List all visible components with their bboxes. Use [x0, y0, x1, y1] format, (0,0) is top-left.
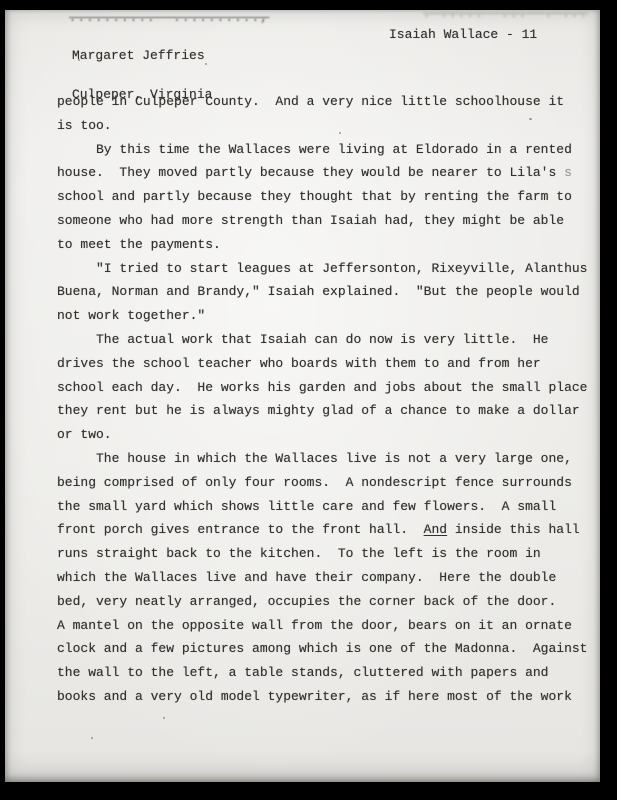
scan-background: { "colors": { "scan_border": "#000000", …: [0, 0, 617, 800]
typed-line: which the Wallaces live and have their c…: [57, 566, 588, 590]
typed-line: not work together.": [57, 304, 588, 328]
page-label: Isaiah Wallace - 11: [389, 27, 537, 42]
typed-line: they rent but he is always mighty glad o…: [57, 399, 588, 423]
typed-line: The house in which the Wallaces live is …: [57, 447, 588, 471]
typed-line: drives the school teacher who boards wit…: [57, 352, 588, 376]
typed-line: or two.: [57, 423, 588, 447]
ink-speck: [163, 717, 165, 719]
ink-speck: [205, 63, 207, 65]
typed-line: the small yard which shows little care a…: [57, 495, 588, 519]
typed-line: "I tried to start leagues at Jeffersonto…: [57, 257, 588, 281]
manuscript-page: .......... .........., . ..... ... . ...…: [5, 10, 600, 782]
typed-line: school and partly because they thought t…: [57, 185, 588, 209]
author-name: Margaret Jeffries: [72, 49, 212, 62]
ink-speck: [78, 59, 80, 61]
typed-line: being comprised of only four rooms. A no…: [57, 471, 588, 495]
typed-line: is too.: [57, 114, 588, 138]
typed-line: someone who had more strength than Isaia…: [57, 209, 588, 233]
typed-line: books and a very old model typewriter, a…: [57, 685, 588, 709]
typed-line: The actual work that Isaiah can do now i…: [57, 328, 588, 352]
typed-line: front porch gives entrance to the front …: [57, 518, 588, 542]
typed-line: A mantel on the opposite wall from the d…: [57, 614, 588, 638]
typed-line: clock and a few pictures among which is …: [57, 637, 588, 661]
typed-line: By this time the Wallaces were living at…: [57, 138, 588, 162]
ink-speck: [339, 132, 341, 134]
typed-lines: people in Culpeper County. And a very ni…: [57, 90, 588, 709]
typed-line: bed, very neatly arranged, occupies the …: [57, 590, 588, 614]
typed-line: people in Culpeper County. And a very ni…: [57, 90, 588, 114]
typed-line: the wall to the left, a table stands, cl…: [57, 661, 588, 685]
ink-speck: [529, 118, 532, 120]
typed-line: school each day. He works his garden and…: [57, 376, 588, 400]
typed-line: runs straight back to the kitchen. To th…: [57, 542, 588, 566]
faded-overtype-line-right: . ..... ... . ...: [423, 7, 588, 21]
typed-line: Buena, Norman and Brandy," Isaiah explai…: [57, 280, 588, 304]
ink-speck: [91, 737, 93, 739]
typed-line: to meet the payments.: [57, 233, 588, 257]
typed-line: house. They moved partly because they wo…: [57, 161, 588, 185]
